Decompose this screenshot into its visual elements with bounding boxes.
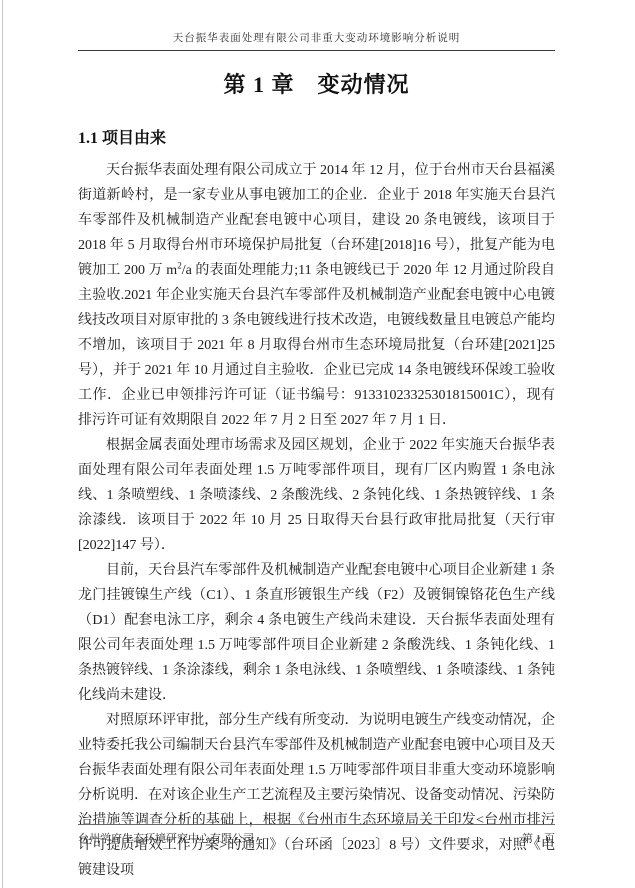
paragraph-3: 目前，天台县汽车零部件及机械制造产业配套电镀中心项目企业新建 1 条龙门挂镀镍生…: [78, 558, 555, 708]
paragraph-1: 天台振华表面处理有限公司成立于 2014 年 12 月，位于台州市天台县福溪街道…: [78, 158, 555, 433]
section-title: 1.1 项目由来: [78, 125, 555, 148]
document-content: 第 1 章 变动情况 1.1 项目由来 天台振华表面处理有限公司成立于 2014…: [78, 60, 555, 883]
header-title: 天台振华表面处理有限公司非重大变动环境影响分析说明: [173, 33, 461, 44]
paragraph-1-text: 天台振华表面处理有限公司成立于 2014 年 12 月，位于台州市天台县福溪街道…: [78, 163, 555, 278]
body-text: 天台振华表面处理有限公司成立于 2014 年 12 月，位于台州市天台县福溪街道…: [78, 158, 555, 883]
paragraph-2: 根据金属表面处理市场需求及园区规划，企业于 2022 年实施天台振华表面处理有限…: [78, 433, 555, 558]
paragraph-4: 对照原环评审批，部分生产线有所变动．为说明电镀生产线变动情况，企业特委托我公司编…: [78, 708, 555, 883]
footer-page-number: 第 1 页: [522, 830, 555, 846]
chapter-title: 第 1 章 变动情况: [78, 68, 555, 99]
footer-company: 台州学府生态环境研究中心有限公司: [78, 830, 254, 846]
page-footer: 台州学府生态环境研究中心有限公司 第 1 页: [78, 824, 555, 846]
page-edge-line: [2, 0, 3, 888]
paragraph-1-text-cont: /a 的表面处理能力;11 条电镀线已于 2020 年 12 月通过阶段自主验收…: [78, 263, 555, 428]
document-page: { "colors": { "text": "#1c1c1c", "rule":…: [0, 0, 635, 888]
page-header: 天台振华表面处理有限公司非重大变动环境影响分析说明: [78, 30, 555, 51]
